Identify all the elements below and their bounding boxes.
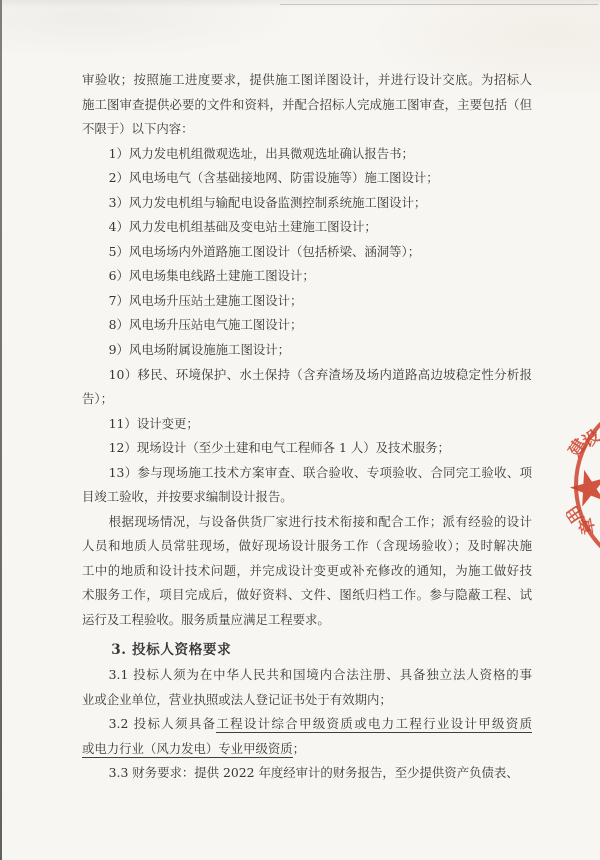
scan-top-edge-line — [280, 4, 598, 5]
list-item-10-wrap: 告）； — [82, 387, 532, 412]
intro-line: 不限于）以下内容： — [82, 117, 532, 142]
service-paragraph-line: 工中的地质和设计技术问题，并完成设计变更或补充修改的通知，为施工做好技 — [82, 559, 532, 584]
list-item-12: 12）现场设计（至少土建和电气工程师各 1 人）及技术服务； — [82, 436, 532, 461]
clause-3-2-underlined-text: 工程设计综合甲级资质或电力工程行业设计甲级资质 — [216, 716, 532, 733]
list-item-2: 2）风电场电气（含基础接地网、防雷设施等）施工图设计； — [82, 166, 532, 191]
list-item-6: 6）风电场集电线路土建施工图设计； — [82, 264, 532, 289]
list-item-1: 1）风力发电机组微观选址，出具微观选址确认报告书； — [82, 142, 532, 167]
list-item-13-wrap: 目竣工验收，并按要求编制设计报告。 — [82, 485, 532, 510]
list-item-5: 5）风电场场内外道路施工图设计（包括桥梁、涵洞等）； — [82, 240, 532, 265]
service-paragraph-line: 根据现场情况，与设备供货厂家进行技术衔接和配合工作；派有经验的设计 — [82, 510, 532, 535]
service-paragraph-line: 人员和地质人员常驻现场，做好现场设计服务工作（含现场验收）；及时解决施 — [82, 534, 532, 559]
list-item-7: 7）风电场升压站土建施工图设计； — [82, 289, 532, 314]
clause-3-2-line: 3.2 投标人须具备工程设计综合甲级资质或电力工程行业设计甲级资质 — [82, 712, 532, 737]
clause-3-1-line: 3.1 投标人须为在中华人民共和国境内合法注册、具备独立法人资格的事 — [82, 663, 532, 688]
list-item-11: 11）设计变更； — [82, 412, 532, 437]
document-body: 审验收；按照施工进度要求，提供施工图详图设计，并进行设计交底。为招标人 施工图审… — [82, 68, 532, 786]
list-item-8: 8）风电场升压站电气施工图设计； — [82, 313, 532, 338]
clause-3-2-suffix: ； — [293, 741, 305, 756]
list-item-3: 3）风力发电机组与输配电设备监测控制系统施工图设计； — [82, 191, 532, 216]
service-paragraph-line: 术服务工作，项目完成后，做好资料、文件、图纸归档工作。参与隐蔽工程、试 — [82, 583, 532, 608]
scan-left-edge-line — [0, 0, 2, 860]
red-official-seal: ★ 建 设 用 章 — [566, 405, 600, 555]
list-item-4: 4）风力发电机组基础及变电站土建施工图设计； — [82, 215, 532, 240]
clause-3-1-line: 业或企业单位，营业执照或法人登记证书处于有效期内； — [82, 688, 532, 713]
section-heading-bidder-qualifications: 3. 投标人资格要求 — [82, 638, 532, 663]
list-item-13: 13）参与现场施工技术方案审查、联合验收、专项验收、合同完工验收、项 — [82, 461, 532, 486]
clause-3-2-underlined-text: 或电力行业（风力发电）专业甲级资质 — [82, 741, 293, 758]
clause-3-2-prefix: 3.2 投标人须具备 — [109, 716, 217, 731]
clause-3-2-line: 或电力行业（风力发电）专业甲级资质； — [82, 737, 532, 762]
intro-line: 审验收；按照施工进度要求，提供施工图详图设计，并进行设计交底。为招标人 — [82, 68, 532, 93]
list-item-9: 9）风电场附属设施施工图设计； — [82, 338, 532, 363]
scanned-document-page: 审验收；按照施工进度要求，提供施工图详图设计，并进行设计交底。为招标人 施工图审… — [0, 0, 600, 860]
intro-line: 施工图审查提供必要的文件和资料，并配合招标人完成施工图审查，主要包括（但 — [82, 93, 532, 118]
clause-3-3-line: 3.3 财务要求：提供 2022 年度经审计的财务报告，至少提供资产负债表、 — [82, 761, 532, 786]
list-item-10: 10）移民、环境保护、水土保持（含弃渣场及场内道路高边坡稳定性分析报 — [82, 363, 532, 388]
service-paragraph-line: 运行及工程验收。服务质量应满足工程要求。 — [82, 608, 532, 633]
seal-char: 章 — [576, 516, 600, 536]
